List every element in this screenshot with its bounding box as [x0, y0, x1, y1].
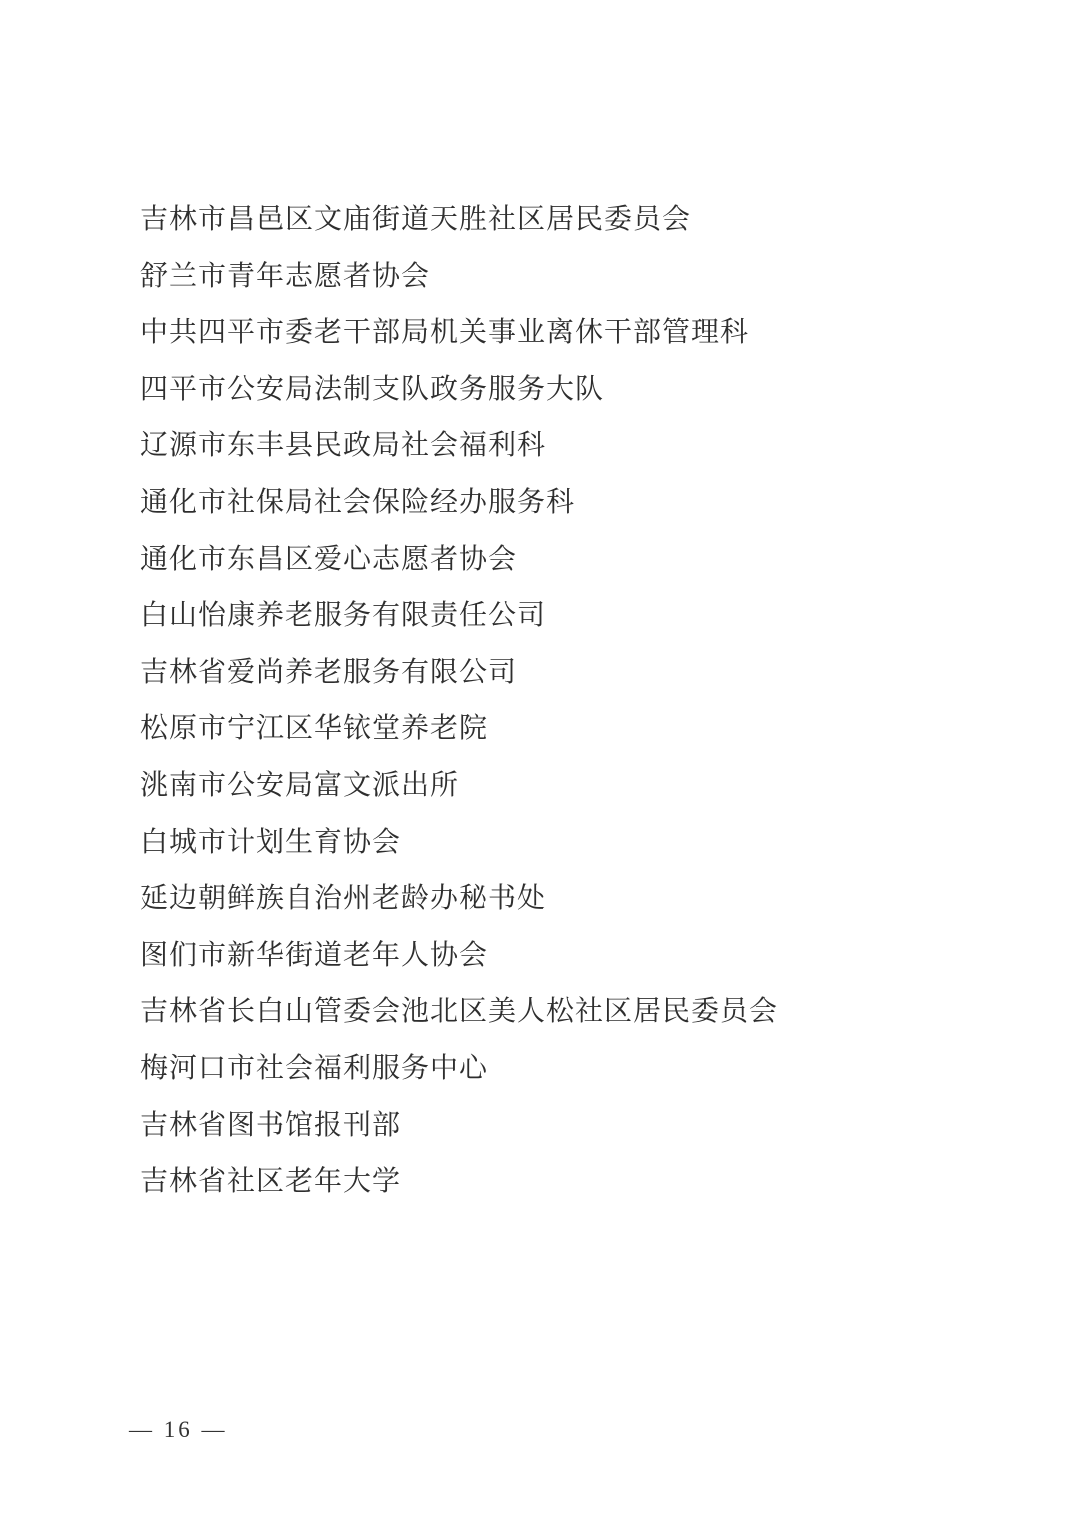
organization-list: 吉林市昌邑区文庙街道天胜社区居民委员会 舒兰市青年志愿者协会 中共四平市委老干部… [140, 205, 778, 1224]
org-list-item: 松原市宁江区华铱堂养老院 [140, 714, 778, 742]
document-page: 吉林市昌邑区文庙街道天胜社区居民委员会 舒兰市青年志愿者协会 中共四平市委老干部… [0, 0, 1080, 1527]
org-list-item: 四平市公安局法制支队政务服务大队 [140, 375, 778, 403]
org-list-item: 吉林省长白山管委会池北区美人松社区居民委员会 [140, 997, 778, 1025]
org-list-item: 通化市社保局社会保险经办服务科 [140, 488, 778, 516]
page-number: — 16 — [129, 1417, 228, 1443]
org-list-item: 吉林省图书馆报刊部 [140, 1111, 778, 1139]
org-list-item: 吉林省社区老年大学 [140, 1167, 778, 1195]
org-list-item: 梅河口市社会福利服务中心 [140, 1054, 778, 1082]
org-list-item: 吉林省爱尚养老服务有限公司 [140, 658, 778, 686]
org-list-item: 延边朝鲜族自治州老龄办秘书处 [140, 884, 778, 912]
org-list-item: 白城市计划生育协会 [140, 828, 778, 856]
org-list-item: 辽源市东丰县民政局社会福利科 [140, 431, 778, 459]
org-list-item: 通化市东昌区爱心志愿者协会 [140, 545, 778, 573]
org-list-item: 舒兰市青年志愿者协会 [140, 262, 778, 290]
org-list-item: 中共四平市委老干部局机关事业离休干部管理科 [140, 318, 778, 346]
org-list-item: 图们市新华街道老年人协会 [140, 941, 778, 969]
org-list-item: 白山怡康养老服务有限责任公司 [140, 601, 778, 629]
org-list-item: 吉林市昌邑区文庙街道天胜社区居民委员会 [140, 205, 778, 233]
org-list-item: 洮南市公安局富文派出所 [140, 771, 778, 799]
